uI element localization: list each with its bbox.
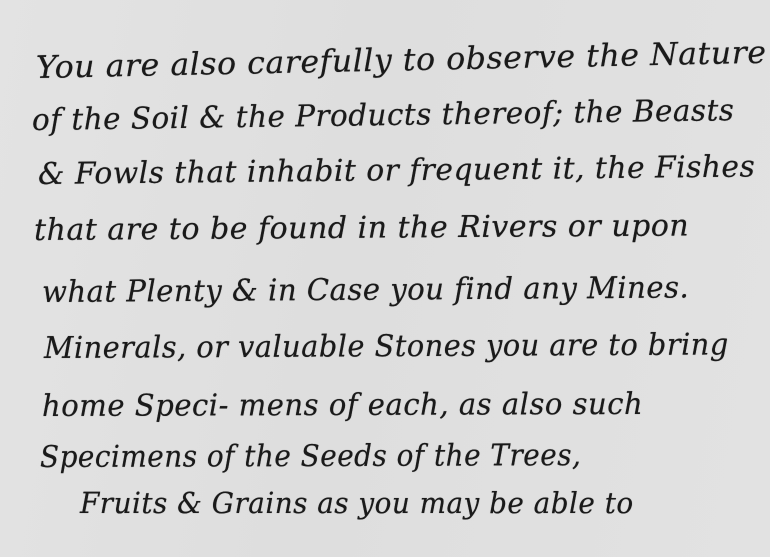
manuscript-page: You are also carefully to observe the Na… [0, 0, 770, 557]
manuscript-line-1: You are also carefully to observe the Na… [36, 35, 767, 86]
manuscript-line-6: Minerals, or valuable Stones you are to … [44, 327, 729, 366]
manuscript-line-7: home Speci- mens of each, as also such [42, 387, 643, 424]
manuscript-line-2: of the Soil & the Products thereof; the … [32, 93, 735, 138]
manuscript-line-3: & Fowls that inhabit or frequent it, the… [38, 149, 756, 192]
manuscript-line-9: Fruits & Grains as you may be able to [80, 486, 634, 520]
manuscript-line-8: Specimens of the Seeds of the Trees, [40, 438, 581, 475]
manuscript-line-4: that are to be found in the Rivers or up… [34, 208, 689, 248]
manuscript-line-5: what Plenty & in Case you find any Mines… [42, 270, 689, 310]
